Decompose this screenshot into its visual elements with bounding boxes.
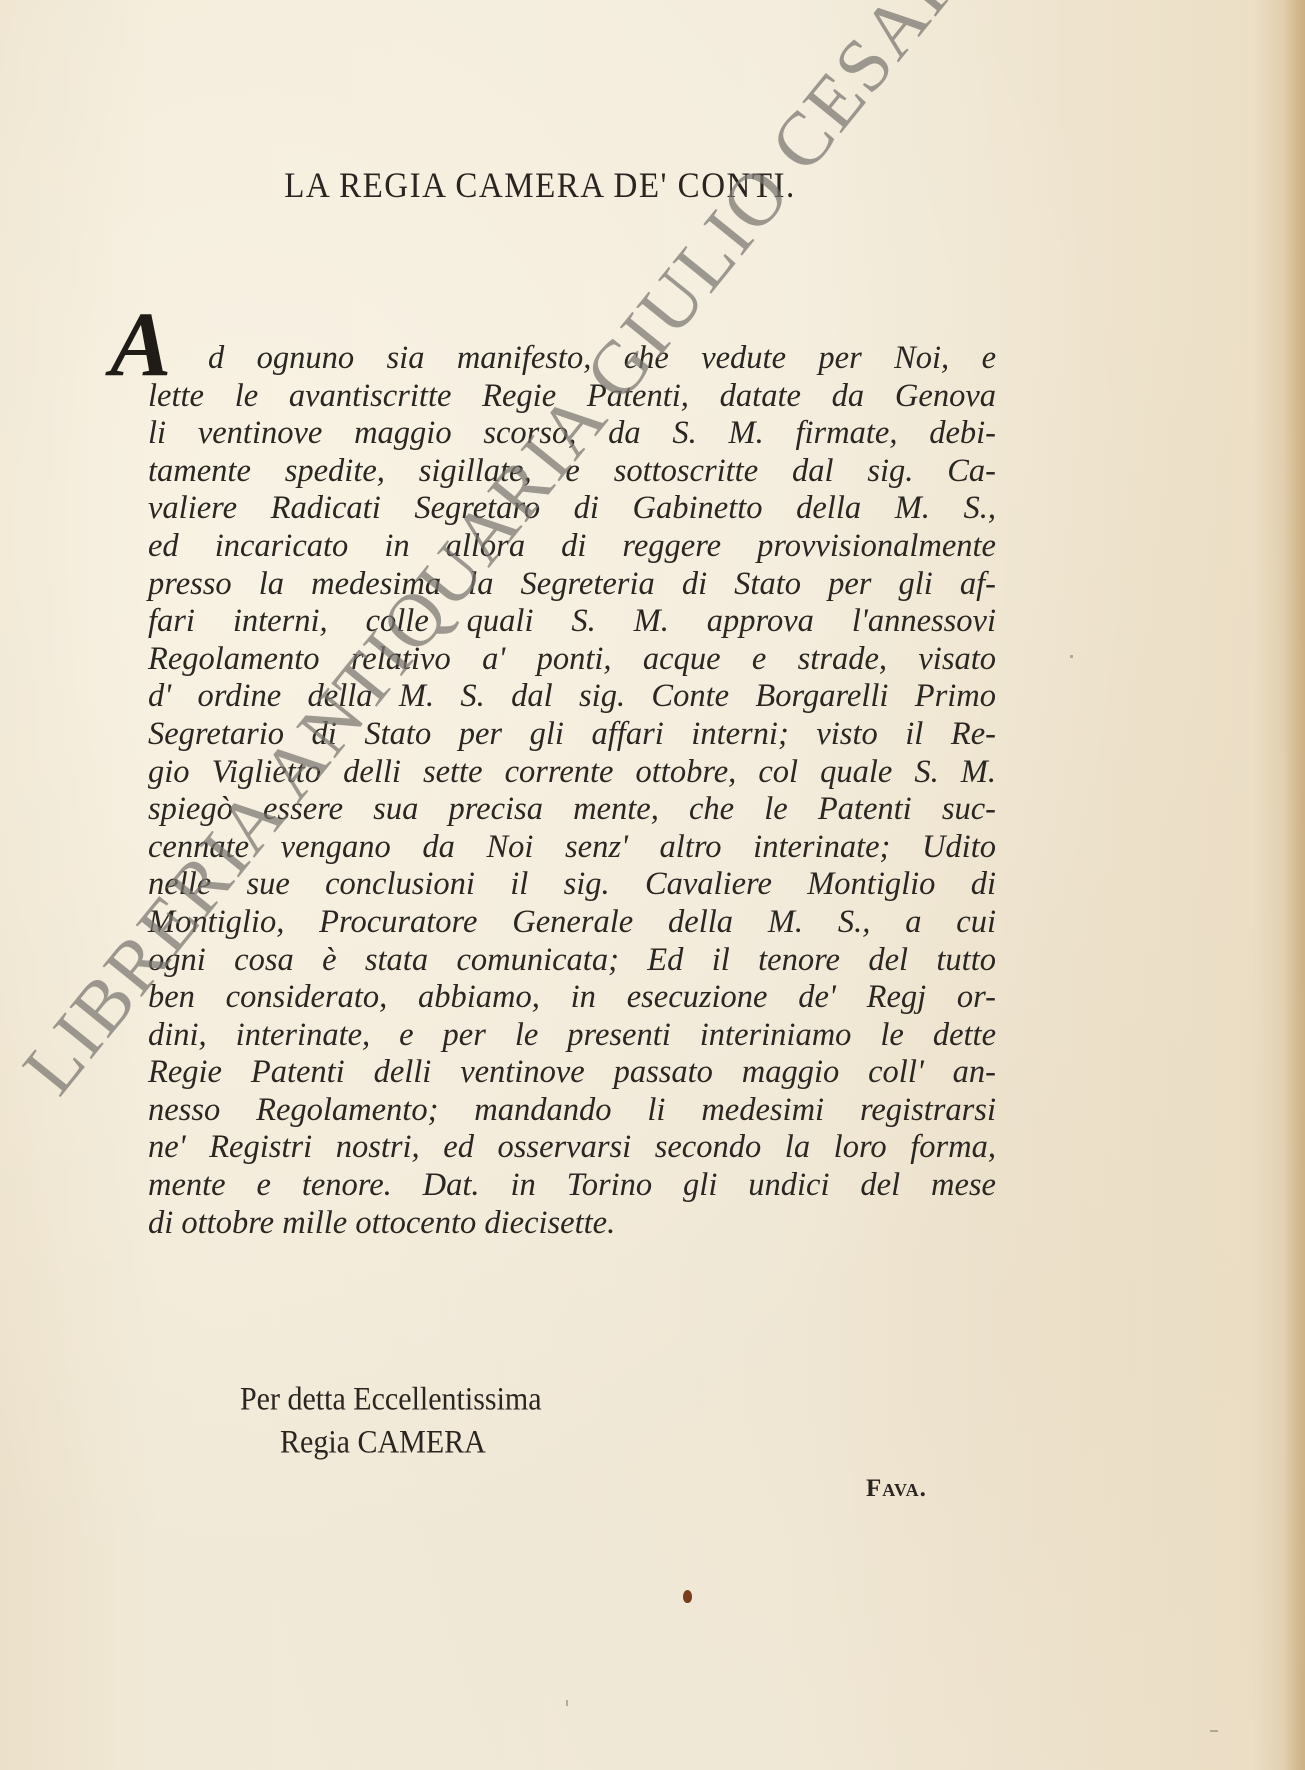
body-line: presso la medesima la Segreteria di Stat… <box>148 566 996 604</box>
body-line: li ventinove maggio scorso, da S. M. fir… <box>148 415 996 453</box>
body-line: cennate vengano da Noi senz' altro inter… <box>148 829 996 867</box>
body-line: gio Viglietto delli sette corrente ottob… <box>148 754 996 792</box>
body-paragraph: d ognuno sia manifesto, che vedute per N… <box>148 340 996 1242</box>
body-line: valiere Radicati Segretaro di Gabinetto … <box>148 490 996 528</box>
body-line: nelle sue conclusioni il sig. Cavaliere … <box>148 866 996 904</box>
body-line: ed incaricato in allora di reggere provv… <box>148 528 996 566</box>
body-line: mente e tenore. Dat. in Torino gli undic… <box>148 1167 996 1205</box>
closing-line-1: Per detta Eccellentissima <box>240 1378 542 1421</box>
body-line: dini, interinate, e per le presenti inte… <box>148 1017 996 1055</box>
document-page: LA REGIA CAMERA DE' CONTI. A d ognuno si… <box>0 0 1305 1770</box>
paper-speck <box>1210 1730 1218 1732</box>
closing-formula: Per detta Eccellentissima Regia CAMERA <box>240 1378 542 1464</box>
body-line: d ognuno sia manifesto, che vedute per N… <box>148 340 996 378</box>
body-line: Regolamento relativo a' ponti, acque e s… <box>148 641 996 679</box>
page-edge-shadow <box>1283 0 1305 1770</box>
body-line: tamente spedite, sigillate, e sottoscrit… <box>148 453 996 491</box>
body-line: spiegò essere sua precisa mente, che le … <box>148 791 996 829</box>
paper-speck <box>1070 655 1073 658</box>
body-line: fari interni, colle quali S. M. approva … <box>148 603 996 641</box>
body-line: d' ordine della M. S. dal sig. Conte Bor… <box>148 678 996 716</box>
paper-speck <box>566 1700 568 1706</box>
closing-line-2: Regia CAMERA <box>240 1421 542 1464</box>
body-line: di ottobre mille ottocento diecisette. <box>148 1205 996 1243</box>
body-line: lette le avantiscritte Regie Patenti, da… <box>148 378 996 416</box>
body-line: nesso Regolamento; mandando li medesimi … <box>148 1092 996 1130</box>
foxing-stain <box>683 1590 692 1603</box>
body-line: ne' Registri nostri, ed osservarsi secon… <box>148 1129 996 1167</box>
signature: Fava. <box>866 1475 927 1503</box>
body-line: Regie Patenti delli ventinove passato ma… <box>148 1054 996 1092</box>
document-title: LA REGIA CAMERA DE' CONTI. <box>0 167 1080 207</box>
body-line: ben considerato, abbiamo, in esecuzione … <box>148 979 996 1017</box>
body-line: ogni cosa è stata comunicata; Ed il teno… <box>148 942 996 980</box>
body-line: Montiglio, Procuratore Generale della M.… <box>148 904 996 942</box>
body-line: Segretario di Stato per gli affari inter… <box>148 716 996 754</box>
